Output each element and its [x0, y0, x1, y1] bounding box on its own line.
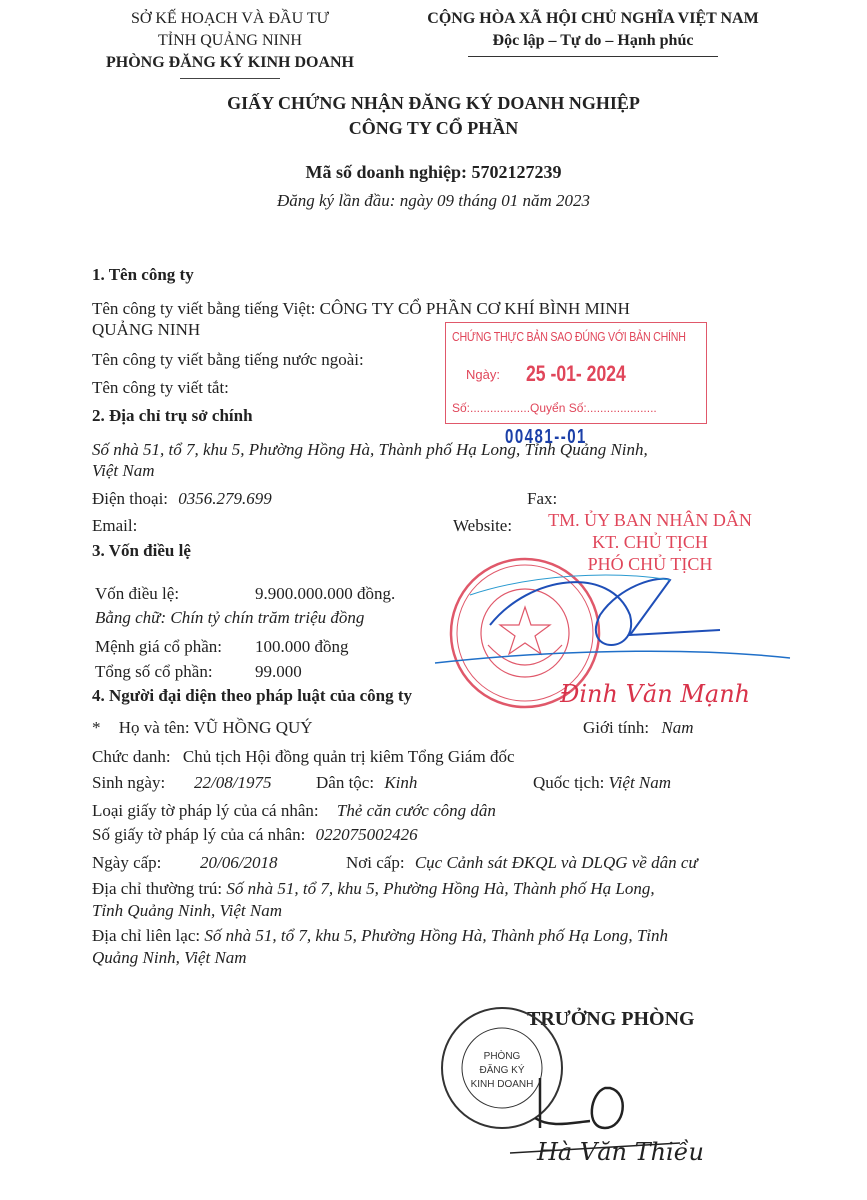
certification-book-number: Số:..................Quyển Số:..........…: [452, 401, 657, 415]
first-registration: Đăng ký lần đầu: ngày 09 tháng 01 năm 20…: [0, 191, 867, 211]
foreign-name-label: Tên công ty viết bằng tiếng nước ngoài:: [92, 350, 364, 370]
authority-line2: TỈNH QUẢNG NINH: [95, 30, 365, 52]
issue-place-row: Nơi cấp: Cục Cảnh sát ĐKQL và DLQG về dâ…: [346, 853, 698, 873]
par-value: 100.000 đồng: [255, 637, 349, 657]
section2-heading: 2. Địa chỉ trụ sở chính: [92, 406, 253, 426]
issuing-authority: SỞ KẾ HOẠCH VÀ ĐẦU TƯ TỈNH QUẢNG NINH PH…: [95, 8, 365, 79]
certification-stamp: CHỨNG THỰC BẢN SAO ĐÚNG VỚI BẢN CHÍNH Ng…: [445, 322, 707, 424]
issue-place-label: Nơi cấp:: [346, 853, 405, 872]
nationality-row: Quốc tịch: Việt Nam: [533, 773, 671, 793]
gender-label: Giới tính:: [583, 718, 649, 737]
contact-address-cont: Quảng Ninh, Việt Nam: [92, 948, 247, 968]
hq-address-cont: Việt Nam: [92, 461, 154, 481]
id-number-value: 022075002426: [316, 825, 418, 844]
contact-address-value: Số nhà 51, tổ 7, khu 5, Phường Hồng Hà, …: [204, 926, 668, 945]
seal-center-line2: ĐĂNG KÝ: [479, 1063, 524, 1076]
name-value: VŨ HỒNG QUÝ: [194, 718, 313, 737]
nationality-label: Quốc tịch:: [533, 773, 604, 792]
total-shares-value: 99.000: [255, 662, 302, 682]
country-name: CỘNG HÒA XÃ HỘI CHỦ NGHĨA VIỆT NAM: [408, 8, 778, 30]
ward-signature-line2: KT. CHỦ TỊCH: [545, 531, 755, 553]
capital-label: Vốn điều lệ:: [95, 584, 179, 604]
nationality-value: Việt Nam: [609, 773, 671, 792]
permanent-address-label: Địa chỉ thường trú:: [92, 879, 222, 898]
website-label: Website:: [453, 516, 512, 536]
issue-date-value: 20/06/2018: [200, 853, 277, 873]
id-type-label: Loại giấy tờ pháp lý của cá nhân:: [92, 801, 319, 820]
office-signature-stroke: [535, 1078, 623, 1128]
dob-label: Sinh ngày:: [92, 773, 165, 793]
certification-date: 25 -01- 2024: [526, 361, 626, 387]
seal-center-line1: PHÒNG: [484, 1049, 521, 1062]
issue-date-label: Ngày cấp:: [92, 853, 161, 873]
contact-address-row: Địa chỉ liên lạc: Số nhà 51, tổ 7, khu 5…: [92, 926, 668, 946]
section3-heading: 3. Vốn điều lệ: [92, 541, 191, 561]
vn-name-value: CÔNG TY CỔ PHẦN CƠ KHÍ BÌNH MINH: [320, 299, 630, 318]
gender-value: Nam: [661, 718, 693, 737]
ethnicity-value: Kinh: [384, 773, 417, 792]
total-shares-label: Tổng số cổ phần:: [95, 662, 213, 682]
ethnicity-row: Dân tộc: Kinh: [316, 773, 417, 793]
divider: [468, 56, 718, 57]
vn-name-row: Tên công ty viết bằng tiếng Việt: CÔNG T…: [92, 299, 630, 319]
capital-in-words: Bằng chữ: Chín tỷ chín trăm triệu đồng: [95, 608, 364, 628]
divider: [180, 78, 280, 79]
id-number-label: Số giấy tờ pháp lý của cá nhân:: [92, 825, 305, 844]
contact-address-label: Địa chỉ liên lạc:: [92, 926, 200, 945]
certification-text: CHỨNG THỰC BẢN SAO ĐÚNG VỚI BẢN CHÍNH: [452, 329, 686, 344]
vn-name-value-cont: QUẢNG NINH: [92, 320, 200, 340]
certification-date-label: Ngày:: [466, 367, 500, 382]
motto: Độc lập – Tự do – Hạnh phúc: [408, 30, 778, 52]
section1-heading: 1. Tên công ty: [92, 265, 194, 285]
enterprise-code: Mã số doanh nghiệp: 5702127239: [0, 162, 867, 183]
ethnicity-label: Dân tộc:: [316, 773, 374, 792]
par-value-label: Mệnh giá cổ phần:: [95, 637, 222, 657]
permanent-address-row: Địa chỉ thường trú: Số nhà 51, tổ 7, khu…: [92, 879, 655, 899]
phone-label: Điện thoại:: [92, 489, 168, 508]
authority-line3: PHÒNG ĐĂNG KÝ KINH DOANH: [95, 52, 365, 74]
id-type-value: Thẻ căn cước công dân: [337, 801, 496, 820]
ward-signer-name: Đinh Văn Mạnh: [560, 680, 750, 708]
fax-label: Fax:: [527, 489, 557, 509]
ward-signature-line1: TM. ỦY BAN NHÂN DÂN: [545, 509, 755, 531]
office-signer-name: Hà Văn Thiều: [537, 1138, 704, 1166]
national-motto: CỘNG HÒA XÃ HỘI CHỦ NGHĨA VIỆT NAM Độc l…: [408, 8, 778, 57]
email-label: Email:: [92, 516, 137, 536]
gender-row: Giới tính: Nam: [583, 718, 694, 738]
hq-address: Số nhà 51, tổ 7, khu 5, Phường Hồng Hà, …: [92, 440, 648, 460]
position-row: Chức danh: Chủ tịch Hội đồng quản trị ki…: [92, 747, 515, 767]
document-subtitle: CÔNG TY CỔ PHẦN: [0, 118, 867, 139]
bullet: *: [92, 718, 101, 737]
id-number-row: Số giấy tờ pháp lý của cá nhân: 02207500…: [92, 825, 418, 845]
issue-place-value: Cục Cảnh sát ĐKQL và DLQG về dân cư: [415, 853, 698, 872]
capital-value: 9.900.000.000 đồng.: [255, 584, 395, 604]
name-label: Họ và tên:: [119, 718, 190, 737]
phone-value: 0356.279.699: [178, 489, 272, 508]
dob-value: 22/08/1975: [194, 773, 271, 793]
permanent-address-value: Số nhà 51, tổ 7, khu 5, Phường Hồng Hà, …: [226, 879, 654, 898]
position-label: Chức danh:: [92, 747, 171, 766]
permanent-address-cont: Tỉnh Quảng Ninh, Việt Nam: [92, 901, 282, 921]
short-name-label: Tên công ty viết tắt:: [92, 378, 229, 398]
phone-row: Điện thoại: 0356.279.699: [92, 489, 272, 509]
section4-heading: 4. Người đại diện theo pháp luật của côn…: [92, 686, 412, 706]
representative-name-row: * Họ và tên: VŨ HỒNG QUÝ: [92, 718, 313, 738]
position-value: Chủ tịch Hội đồng quản trị kiêm Tổng Giá…: [183, 747, 515, 766]
seal-center-line3: KINH DOANH: [471, 1079, 534, 1090]
authority-line1: SỞ KẾ HOẠCH VÀ ĐẦU TƯ: [95, 8, 365, 30]
id-type-row: Loại giấy tờ pháp lý của cá nhân: Thẻ că…: [92, 801, 496, 821]
vn-name-label: Tên công ty viết bằng tiếng Việt:: [92, 299, 315, 318]
document-title: GIẤY CHỨNG NHẬN ĐĂNG KÝ DOANH NGHIỆP: [0, 93, 867, 114]
